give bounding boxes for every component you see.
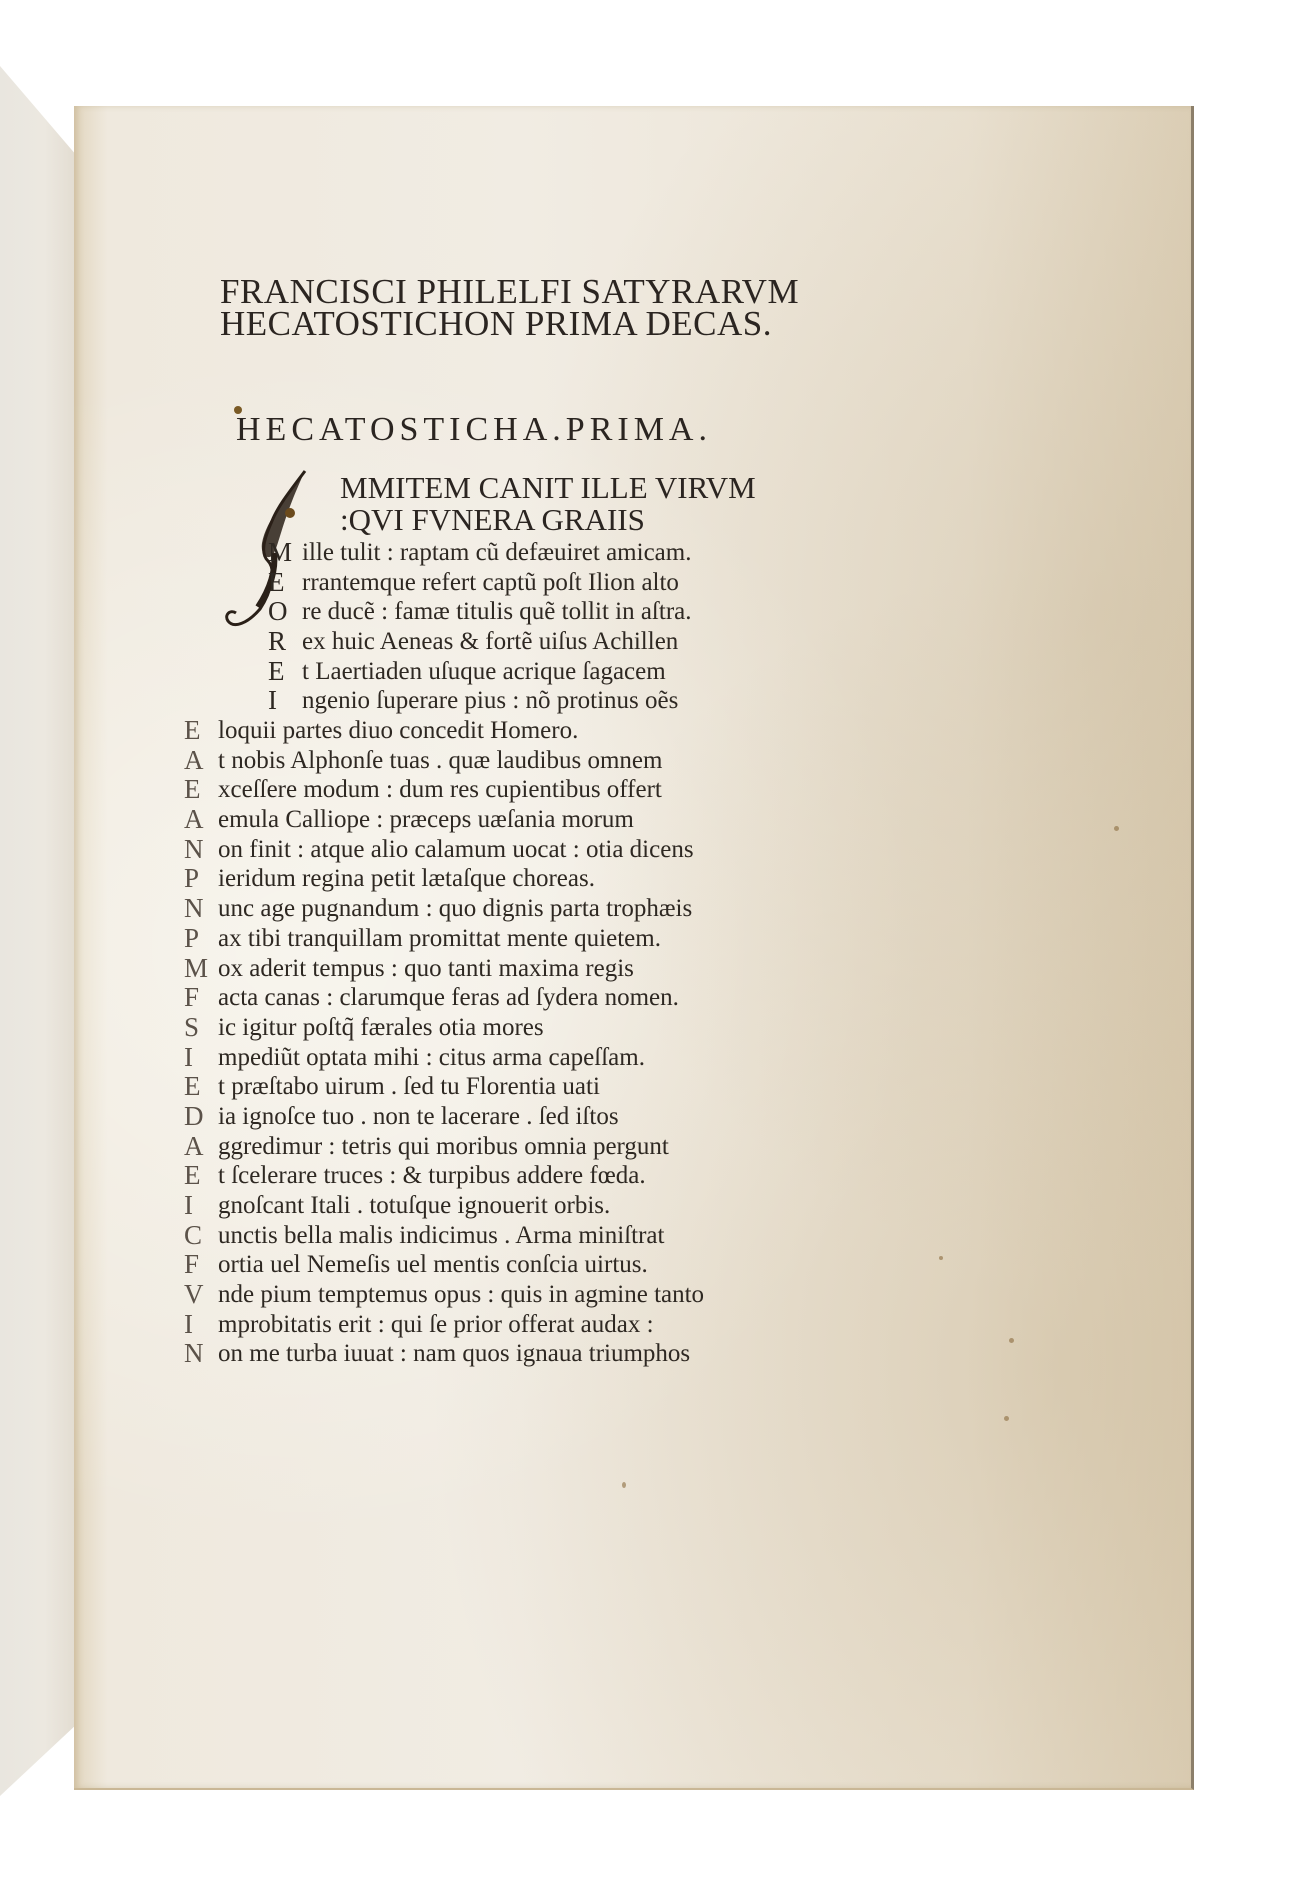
verse-initial: C: [184, 1221, 218, 1251]
verse-text: re ducẽ : famæ titulis quẽ tollit in aſt…: [302, 597, 692, 627]
verse-initial: R: [268, 627, 302, 657]
title-line-2: HECATOSTICHON PRIMA DECAS.: [220, 308, 799, 340]
verse-initial: I: [184, 1043, 218, 1073]
section-heading: HECATOSTICHA.PRIMA.: [236, 411, 712, 449]
verse-initial: N: [184, 835, 218, 865]
verse-line: Aemula Calliope : præceps uæſania morum: [184, 805, 704, 835]
verse-initial: A: [184, 746, 218, 776]
verse-initial: E: [268, 657, 302, 687]
verse-initial: A: [184, 805, 218, 835]
verse-text: ex huic Aeneas & fortẽ uiſus Achillen: [302, 627, 678, 657]
verse-line: Exceſſere modum : dum res cupientibus of…: [184, 775, 704, 805]
verse-initial: E: [184, 1161, 218, 1191]
verse-initial: N: [184, 1339, 218, 1369]
verse-initial: V: [184, 1280, 218, 1310]
verse-text: ax tibi tranquillam promittat mente quie…: [218, 924, 661, 954]
verse-text: gnoſcant Itali . totuſque ignouerit orbi…: [218, 1191, 610, 1221]
verse-initial: P: [184, 924, 218, 954]
verse-text: t nobis Alphonſe tuas . quæ laudibus omn…: [218, 746, 662, 776]
ink-speck-icon: [1004, 1416, 1009, 1421]
ink-speck-icon: [622, 1482, 626, 1488]
opening-capitals: MMITEM CANIT ILLE VIRVM :QVI FVNERA GRAI…: [340, 472, 756, 536]
verse-line: Rex huic Aeneas & fortẽ uiſus Achillen: [268, 627, 692, 657]
verse-text: acta canas : clarumque feras ad ſydera n…: [218, 983, 679, 1013]
verse-text: loquii partes diuo concedit Homero.: [218, 716, 578, 746]
verse-initial: D: [184, 1102, 218, 1132]
page-text: FRANCISCI PHILELFI SATYRARVM HECATOSTICH…: [74, 106, 1191, 1788]
verse-text: ggredimur : tetris qui moribus omnia per…: [218, 1132, 669, 1162]
verse-line: Et ſcelerare truces : & turpibus addere …: [184, 1161, 704, 1191]
verse-text: ia ignoſce tuo . non te lacerare . ſed i…: [218, 1102, 619, 1132]
verse-line: Improbitatis erit : qui ſe prior offerat…: [184, 1310, 704, 1340]
verse-text: unctis bella malis indicimus . Arma mini…: [218, 1221, 664, 1251]
verse-text: ic igitur poſtq̃ færales otia mores: [218, 1013, 544, 1043]
verse-line: Mox aderit tempus : quo tanti maxima reg…: [184, 954, 704, 984]
verse-initial: E: [184, 1072, 218, 1102]
verse-line: Fortia uel Nemeſis uel mentis conſcia ui…: [184, 1250, 704, 1280]
verse-initial: F: [184, 983, 218, 1013]
verse-initial: E: [184, 775, 218, 805]
verse-initial: A: [184, 1132, 218, 1162]
verse-line: Vnde pium temptemus opus : quis in agmin…: [184, 1280, 704, 1310]
verse-line: Et Laertiaden uſuque acrique ſagacem: [268, 657, 692, 687]
verse-line: Ignoſcant Itali . totuſque ignouerit orb…: [184, 1191, 704, 1221]
verse-line: Nunc age pugnandum : quo dignis parta tr…: [184, 894, 704, 924]
verse-block-indented: Mille tulit : raptam cũ defæuiret amicam…: [268, 538, 692, 716]
verse-line: Et præſtabo uirum . ſed tu Florentia uat…: [184, 1072, 704, 1102]
verse-line: Ore ducẽ : famæ titulis quẽ tollit in aſ…: [268, 597, 692, 627]
verse-text: ieridum regina petit lætaſque choreas.: [218, 864, 595, 894]
verse-initial: E: [184, 716, 218, 746]
opening-line-1: MMITEM CANIT ILLE VIRVM: [340, 472, 756, 504]
verse-line: At nobis Alphonſe tuas . quæ laudibus om…: [184, 746, 704, 776]
verse-line: Cunctis bella malis indicimus . Arma min…: [184, 1221, 704, 1251]
verse-line: Aggredimur : tetris qui moribus omnia pe…: [184, 1132, 704, 1162]
verse-line: Impediũt optata mihi : citus arma capeſſ…: [184, 1043, 704, 1073]
book-page: FRANCISCI PHILELFI SATYRARVM HECATOSTICH…: [74, 106, 1194, 1790]
verse-initial: O: [268, 597, 302, 627]
verse-text: emula Calliope : præceps uæſania morum: [218, 805, 634, 835]
verse-initial: I: [184, 1191, 218, 1221]
page-title: FRANCISCI PHILELFI SATYRARVM HECATOSTICH…: [220, 276, 799, 340]
verse-text: unc age pugnandum : quo dignis parta tro…: [218, 894, 692, 924]
verse-line: Mille tulit : raptam cũ defæuiret amicam…: [268, 538, 692, 568]
verse-text: ox aderit tempus : quo tanti maxima regi…: [218, 954, 634, 984]
verse-text: ngenio ſuperare pius : nõ protinus oẽs: [302, 686, 678, 716]
verse-initial: M: [184, 954, 218, 984]
verse-line: Non me turba iuuat : nam quos ignaua tri…: [184, 1339, 704, 1369]
facing-leaf: [0, 66, 74, 1796]
ink-speck-icon: [1009, 1338, 1014, 1343]
verse-text: ortia uel Nemeſis uel mentis conſcia uir…: [218, 1250, 648, 1280]
verse-text: t Laertiaden uſuque acrique ſagacem: [302, 657, 666, 687]
verse-text: rrantemque refert captũ poſt Ilion alto: [302, 568, 679, 598]
verse-line: Ingenio ſuperare pius : nõ protinus oẽs: [268, 686, 692, 716]
verse-text: ille tulit : raptam cũ defæuiret amicam.: [302, 538, 691, 568]
verse-initial: M: [268, 538, 302, 568]
verse-initial: F: [184, 1250, 218, 1280]
verse-initial: P: [184, 864, 218, 894]
verse-text: on me turba iuuat : nam quos ignaua triu…: [218, 1339, 690, 1369]
verse-initial: N: [184, 894, 218, 924]
verse-initial: S: [184, 1013, 218, 1043]
verse-line: Eloquii partes diuo concedit Homero.: [184, 716, 704, 746]
verse-text: t ſcelerare truces : & turpibus addere f…: [218, 1161, 646, 1191]
verse-line: Sic igitur poſtq̃ færales otia mores: [184, 1013, 704, 1043]
ink-speck-icon: [939, 1256, 943, 1260]
verse-text: t præſtabo uirum . ſed tu Florentia uati: [218, 1072, 600, 1102]
verse-initial: I: [184, 1310, 218, 1340]
verse-initial: I: [268, 686, 302, 716]
verse-text: mpediũt optata mihi : citus arma capeſſa…: [218, 1043, 645, 1073]
verse-text: xceſſere modum : dum res cupientibus off…: [218, 775, 662, 805]
verse-block: Eloquii partes diuo concedit Homero. At …: [184, 716, 704, 1369]
opening-line-2: :QVI FVNERA GRAIIS: [340, 504, 756, 536]
verse-text: nde pium temptemus opus : quis in agmine…: [218, 1280, 704, 1310]
verse-line: Dia ignoſce tuo . non te lacerare . ſed …: [184, 1102, 704, 1132]
verse-text: mprobitatis erit : qui ſe prior offerat …: [218, 1310, 654, 1340]
verse-initial: E: [268, 568, 302, 598]
verse-line: Facta canas : clarumque feras ad ſydera …: [184, 983, 704, 1013]
verse-text: on finit : atque alio calamum uocat : ot…: [218, 835, 694, 865]
verse-line: Non finit : atque alio calamum uocat : o…: [184, 835, 704, 865]
verse-line: Errantemque refert captũ poſt Ilion alto: [268, 568, 692, 598]
verse-line: Pax tibi tranquillam promittat mente qui…: [184, 924, 704, 954]
foxing-spot-icon: [1114, 826, 1119, 831]
verse-line: Pieridum regina petit lætaſque choreas.: [184, 864, 704, 894]
